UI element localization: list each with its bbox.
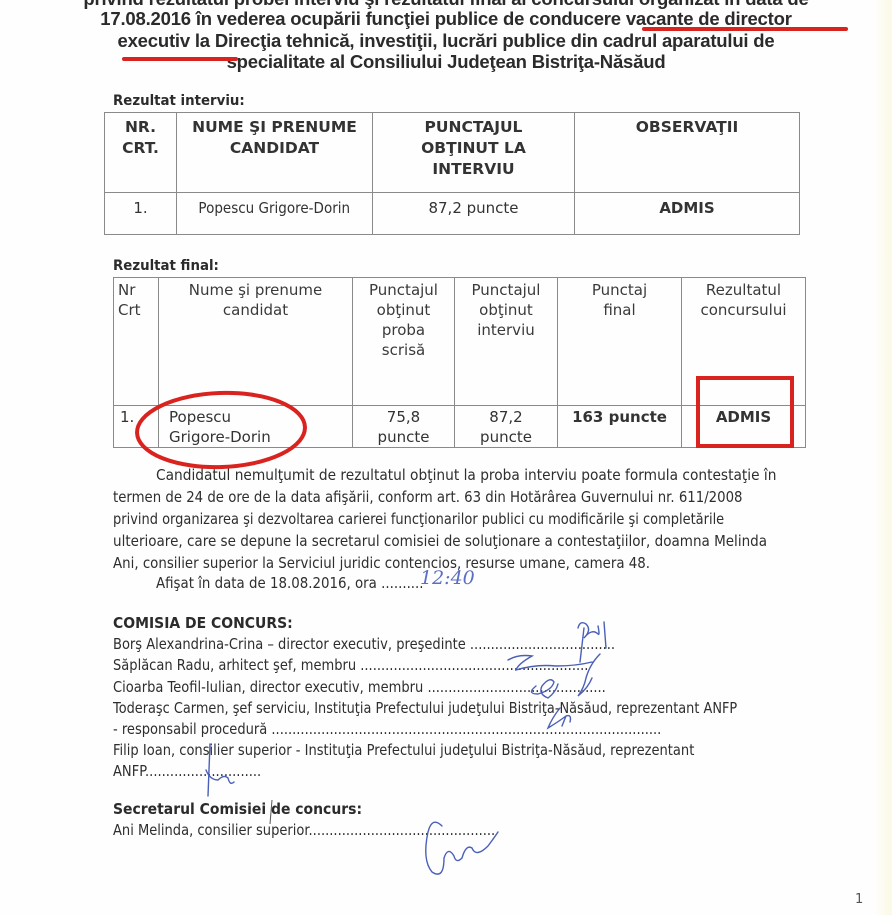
red-underline-annotation [642,27,848,31]
cell-final-score: 163 puncte [558,406,682,448]
notice-line: termen de 24 de ore de la data afişării,… [113,488,743,506]
notice-line: Ani, consilier superior la Serviciul jur… [113,554,650,572]
final-section-label: Rezultat final: [113,258,219,274]
cell-score: 87,2 puncte [373,193,575,235]
table-row: 1. Popescu Grigore-Dorin 87,2 puncte ADM… [105,193,800,235]
header-result: Rezultatulconcursului [682,278,806,406]
commission-member: Săplăcan Radu, arhitect şef, membru ....… [113,656,588,674]
commission-member: Filip Ioan, consilier superior - Institu… [113,741,694,759]
header-nr-crt: NrCrt [114,278,159,406]
cell-nr: 1. [105,193,177,235]
header-final-score: Punctajfinal [558,278,682,406]
header-line-3: executiv la Direcţia tehnică, investiţii… [0,30,892,52]
header-interview-score: Punctajulobţinutinterviu [455,278,558,406]
secretary-title: Secretarul Comisiei de concurs: [113,800,362,818]
page-edge-tint [874,0,892,915]
commission-member: ANFP............................ [113,762,261,780]
interview-section-label: Rezultat interviu: [113,93,245,109]
red-underline-annotation [122,57,238,61]
handwritten-time: 12:40 [420,567,475,589]
final-results-table: NrCrt Nume şi prenumecandidat Punctajulo… [113,277,806,448]
posted-date-line: Afişat în data de 18.08.2016, ora ......… [156,574,424,592]
header-line-4: specialitate al Consiliului Judeţean Bis… [0,51,892,73]
table-header-row: NrCrt Nume şi prenumecandidat Punctajulo… [114,278,806,406]
page-number: 1 [855,892,863,907]
commission-member: Borş Alexandrina-Crina – director execut… [113,635,615,653]
cell-written-score: 75,8puncte [353,406,455,448]
notice-line: Candidatul nemulţumit de rezultatul obţi… [156,466,776,484]
table-row: 1. PopescuGrigore-Dorin 75,8puncte 87,2p… [114,406,806,448]
header-nr-crt: NR.CRT. [105,113,177,193]
header-name: Nume şi prenumecandidat [159,278,353,406]
header-name: NUME ŞI PRENUMECANDIDAT [177,113,373,193]
commission-member: - responsabil procedură ................… [113,720,661,738]
cell-interview-score: 87,2puncte [455,406,558,448]
commission-member: Toderaşc Carmen, şef serviciu, Instituţi… [113,699,737,717]
header-interview-score: PUNCTAJULOBŢINUT LAINTERVIU [373,113,575,193]
secretary-line: Ani Melinda, consilier superior.........… [113,821,495,839]
commission-title: COMISIA DE CONCURS: [113,614,293,632]
header-written-score: Punctajulobţinutprobascrisă [353,278,455,406]
interview-results-table: NR.CRT. NUME ŞI PRENUMECANDIDAT PUNCTAJU… [104,112,800,235]
cell-name: Popescu Grigore-Dorin [177,193,373,235]
header-observations: OBSERVAŢII [575,113,800,193]
notice-line: ulterioare, care se depune la secretarul… [113,532,767,550]
notice-line: privind organizarea şi dezvoltarea carie… [113,510,724,528]
cell-observations: ADMIS [575,193,800,235]
cell-result: ADMIS [682,406,806,448]
cell-nr: 1. [114,406,159,448]
cell-name: PopescuGrigore-Dorin [159,406,353,448]
table-header-row: NR.CRT. NUME ŞI PRENUMECANDIDAT PUNCTAJU… [105,113,800,193]
commission-member: Cioarba Teofil-Iulian, director executiv… [113,678,606,696]
